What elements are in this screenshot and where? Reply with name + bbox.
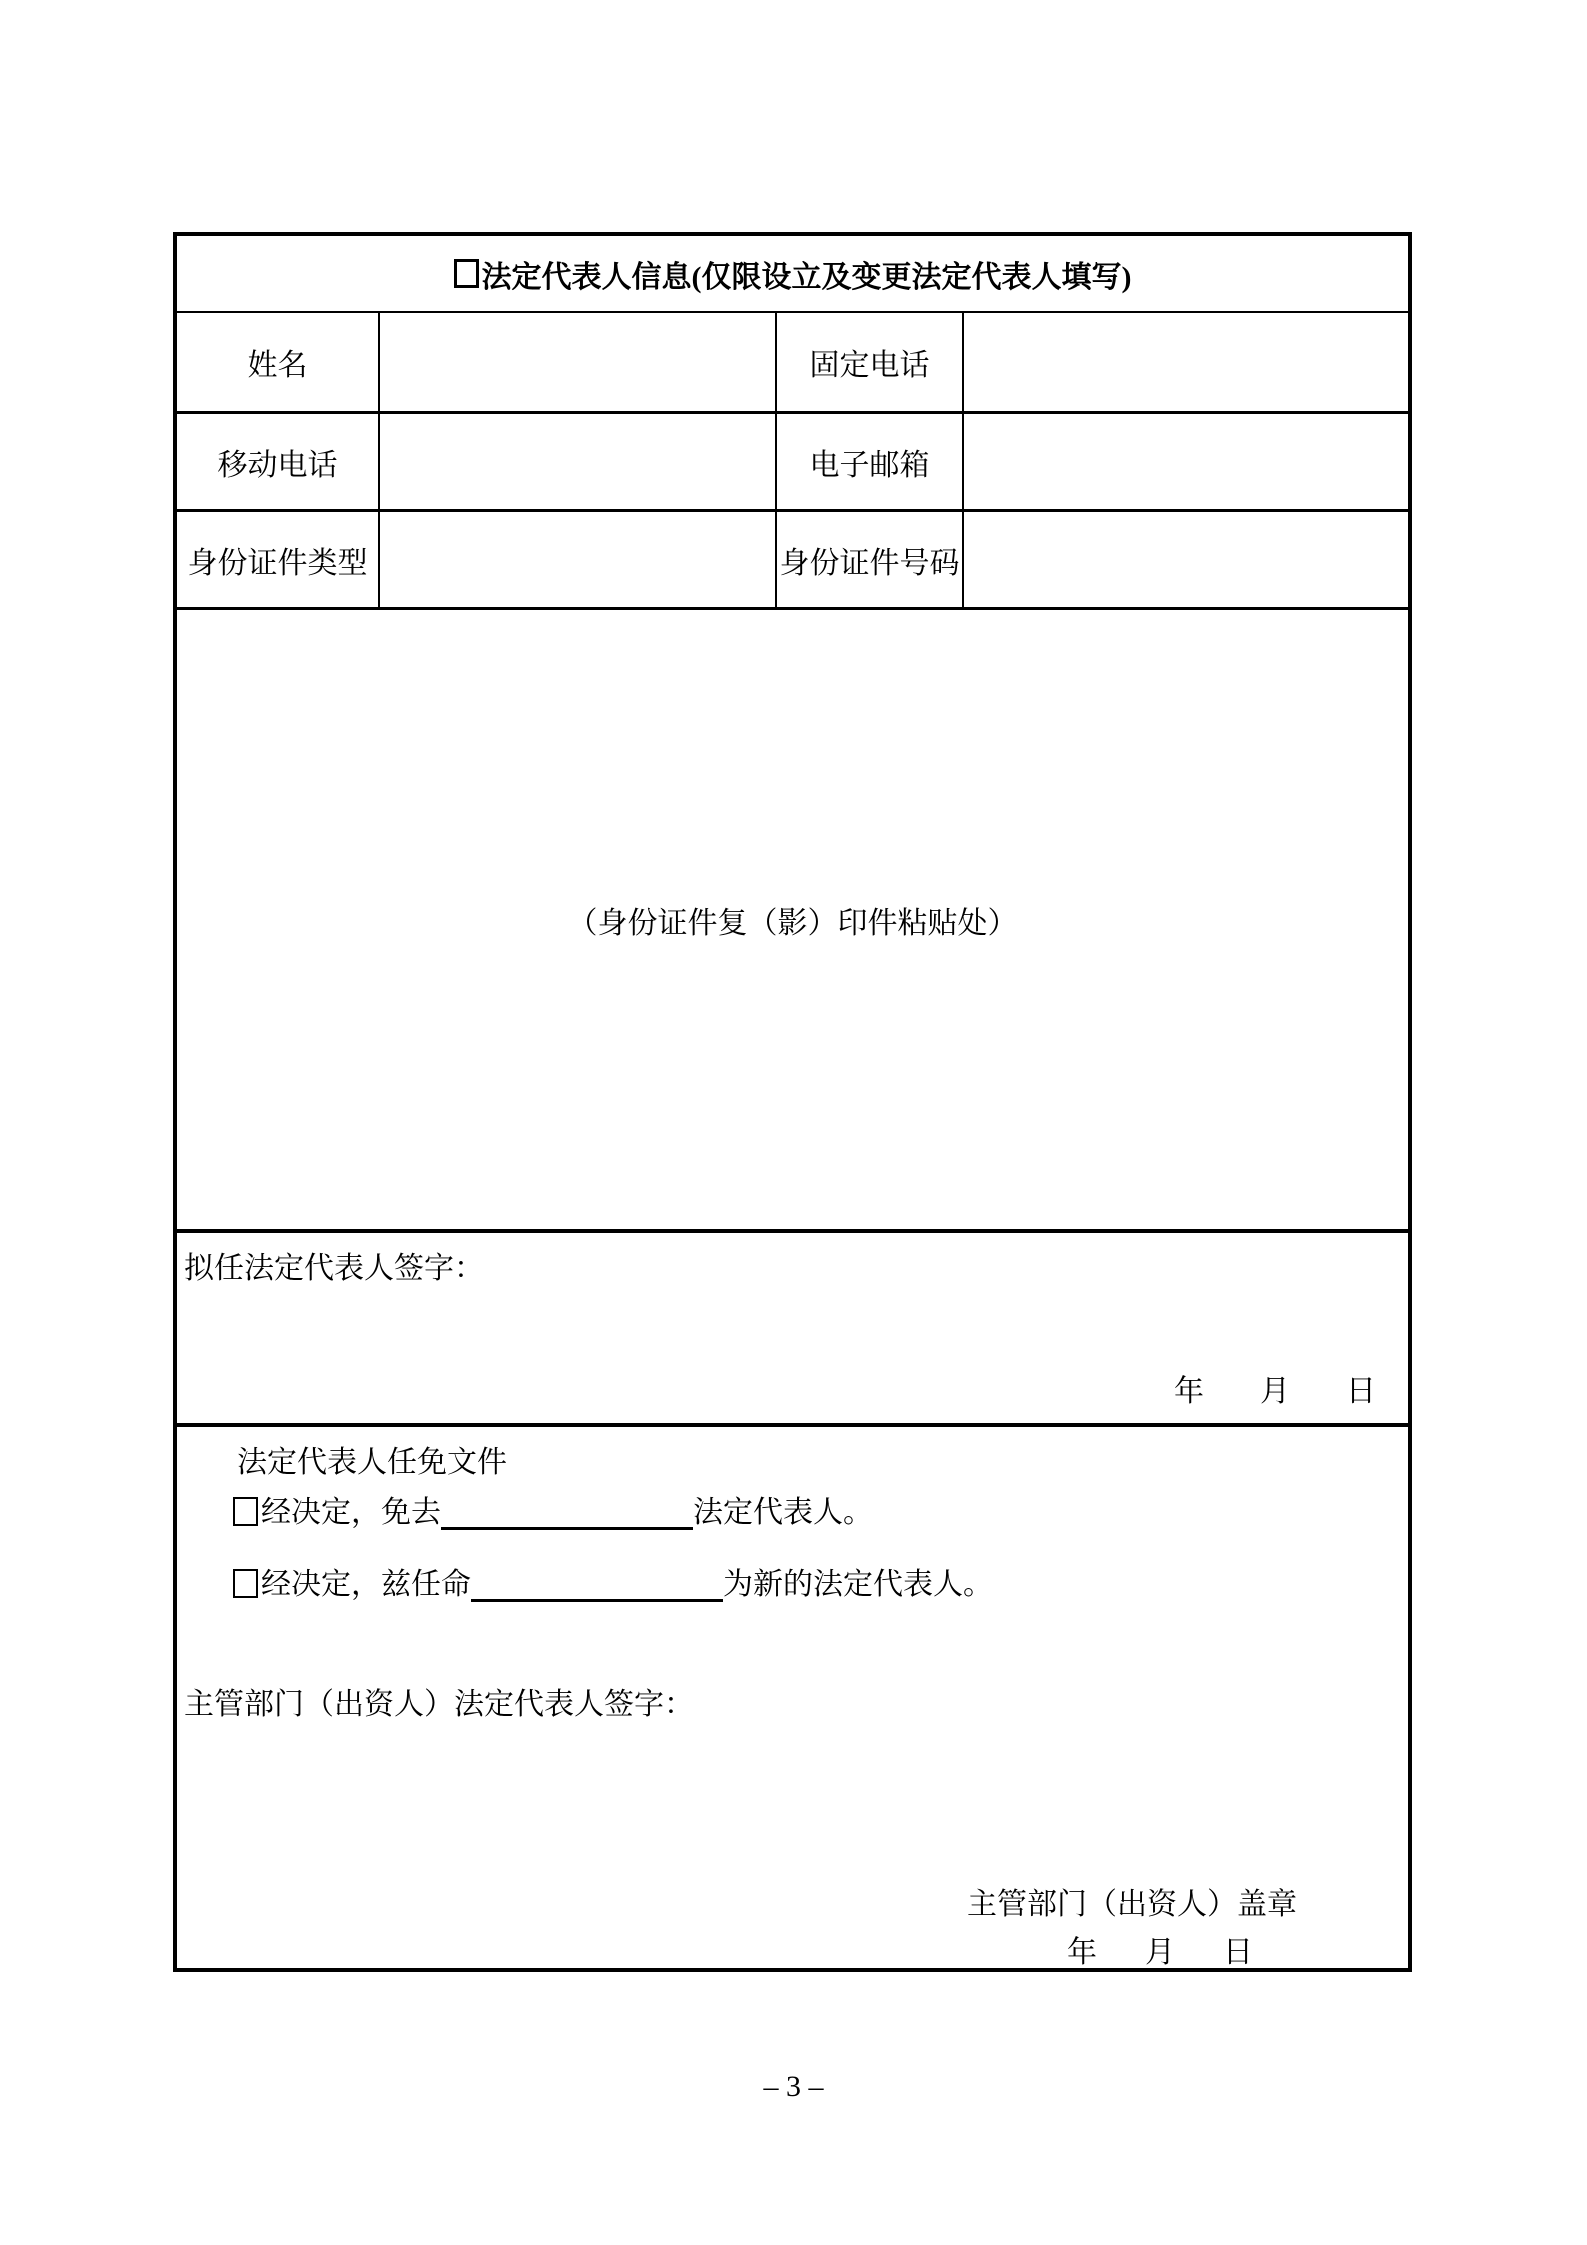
appoint-option-line: 经决定，兹任命为新的法定代表人。 — [233, 1559, 993, 1603]
nominee-signature-date-row: 年 月 日 — [1174, 1366, 1376, 1410]
id-copy-paste-area[interactable]: （身份证件复（影）印件粘贴处） — [177, 607, 1408, 1229]
id-number-label: 身份证件号码 — [775, 509, 962, 607]
nominee-signature-section[interactable]: 拟任法定代表人签字： 年 月 日 — [177, 1229, 1408, 1423]
id-number-value-cell[interactable] — [962, 509, 1408, 607]
appointment-document-section: 法定代表人任免文件 经决定，免去法定代表人。 经决定，兹任命为新的法定代表人。 … — [177, 1423, 1408, 1968]
title-checkbox[interactable] — [454, 259, 479, 288]
name-value-cell[interactable] — [378, 313, 775, 411]
email-label: 电子邮箱 — [775, 411, 962, 509]
remove-option-checkbox[interactable] — [233, 1497, 258, 1526]
email-value-cell[interactable] — [962, 411, 1408, 509]
day-label: 日 — [1346, 1366, 1376, 1410]
legal-representative-form: 法定代表人信息(仅限设立及变更法定代表人填写) 姓名 固定电话 移动电话 电子邮… — [173, 232, 1412, 1972]
year-label: 年 — [1174, 1366, 1204, 1410]
appoint-option-suffix: 为新的法定代表人。 — [723, 1568, 993, 1601]
year-label: 年 — [1067, 1927, 1097, 1971]
contact-info-grid: 姓名 固定电话 移动电话 电子邮箱 身份证件类型 身份证件号码 — [177, 313, 1408, 607]
page-number: – 3 – — [0, 2070, 1587, 2104]
id-type-value-cell[interactable] — [378, 509, 775, 607]
remove-option-suffix: 法定代表人。 — [693, 1496, 873, 1529]
appointment-document-heading: 法定代表人任免文件 — [237, 1437, 507, 1481]
appoint-option-prefix: 经决定，兹任命 — [261, 1568, 471, 1601]
fixed-phone-label: 固定电话 — [775, 313, 962, 411]
remove-option-line: 经决定，免去法定代表人。 — [233, 1487, 873, 1531]
form-title: 法定代表人信息(仅限设立及变更法定代表人填写) — [482, 252, 1132, 296]
id-type-label: 身份证件类型 — [177, 509, 378, 607]
form-page: 法定代表人信息(仅限设立及变更法定代表人填写) 姓名 固定电话 移动电话 电子邮… — [0, 0, 1587, 2245]
fixed-phone-value-cell[interactable] — [962, 313, 1408, 411]
day-label: 日 — [1223, 1927, 1253, 1971]
mobile-phone-label: 移动电话 — [177, 411, 378, 509]
paste-area-placeholder: （身份证件复（影）印件粘贴处） — [568, 898, 1018, 942]
supervisor-seal-label: 主管部门（出资人）盖章 — [967, 1879, 1297, 1923]
supervisor-date-row: 年 月 日 — [1067, 1927, 1253, 1971]
remove-option-prefix: 经决定，免去 — [261, 1496, 441, 1529]
form-title-row: 法定代表人信息(仅限设立及变更法定代表人填写) — [177, 236, 1408, 313]
supervisor-signature-label: 主管部门（出资人）法定代表人签字： — [184, 1679, 694, 1723]
removed-name-blank[interactable] — [441, 1496, 693, 1530]
appointed-name-blank[interactable] — [471, 1568, 723, 1602]
appoint-option-checkbox[interactable] — [233, 1569, 258, 1598]
name-label: 姓名 — [177, 313, 378, 411]
month-label: 月 — [1260, 1366, 1290, 1410]
nominee-signature-label: 拟任法定代表人签字： — [184, 1243, 484, 1287]
month-label: 月 — [1145, 1927, 1175, 1971]
mobile-phone-value-cell[interactable] — [378, 411, 775, 509]
